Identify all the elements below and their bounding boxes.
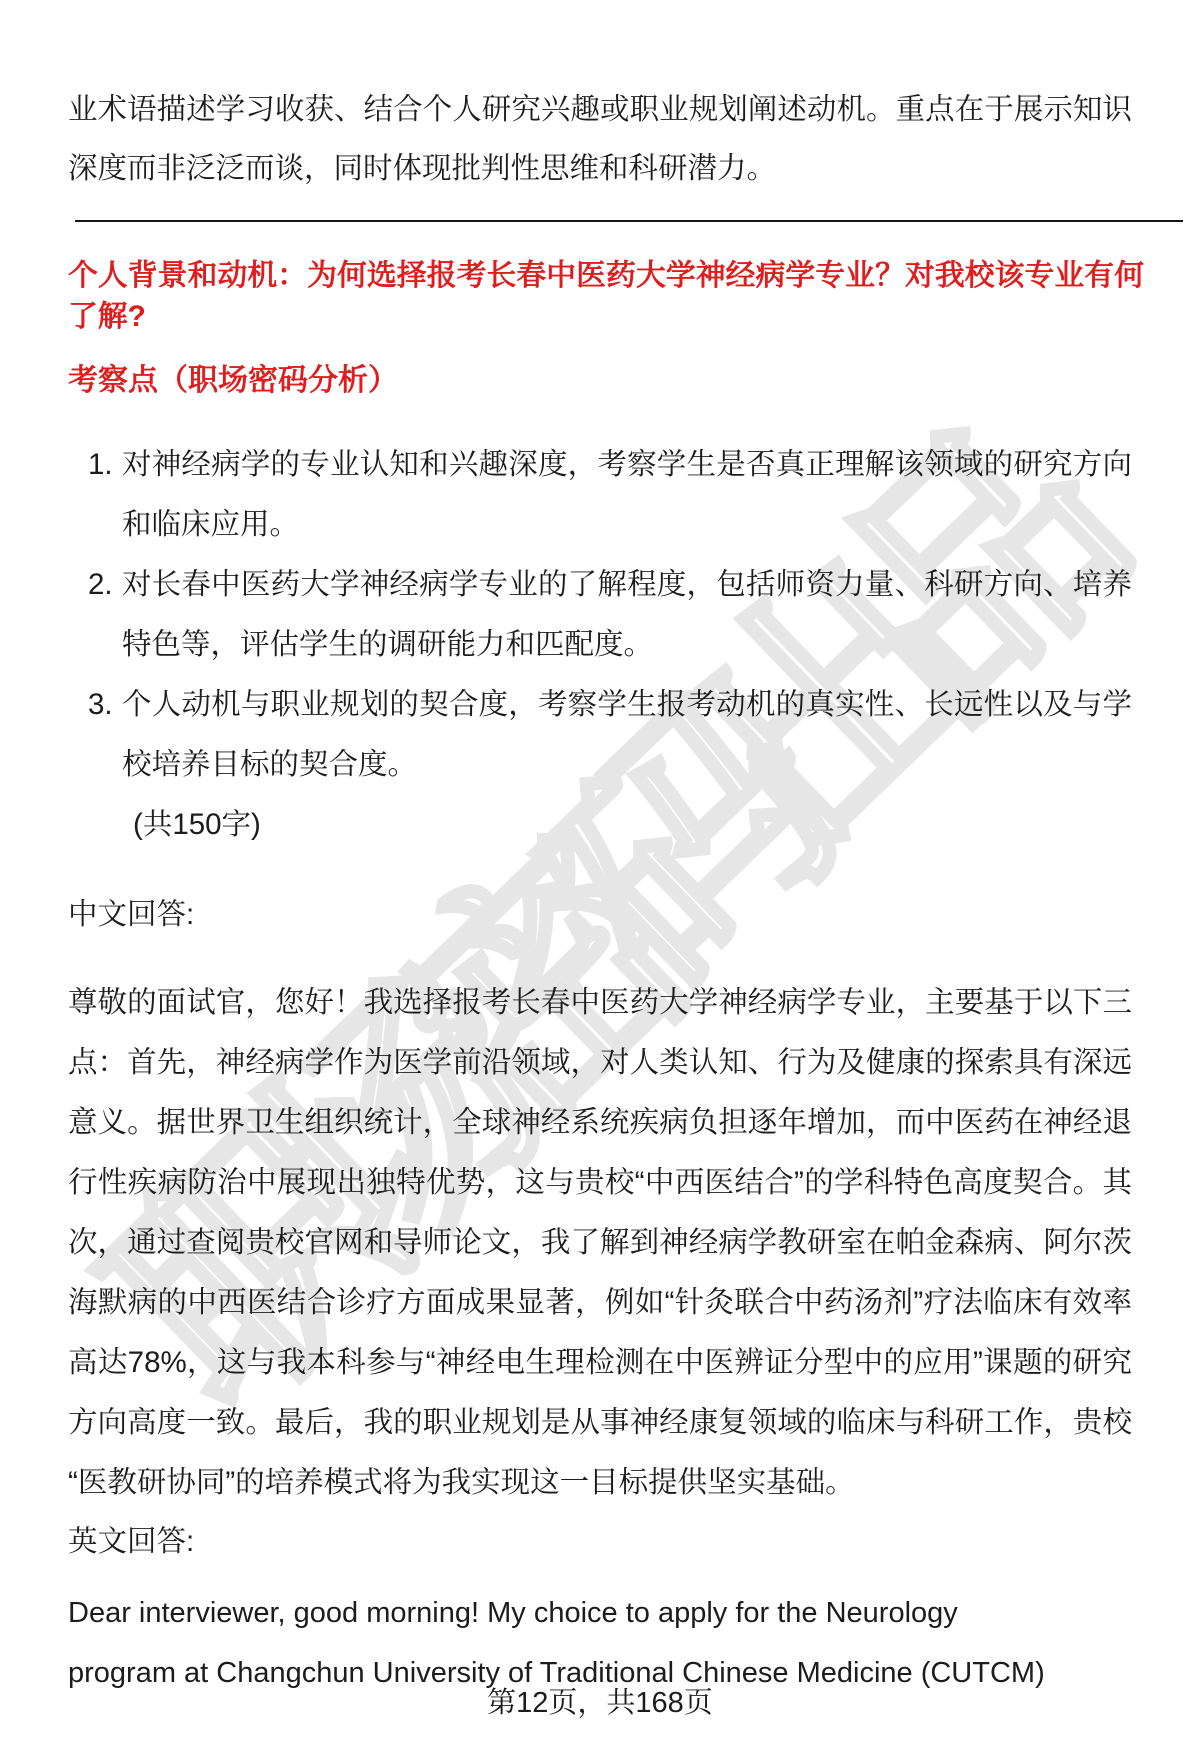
chinese-answer-label: 中文回答: (68, 885, 1132, 945)
analysis-point-item: 对神经病学的专业认知和兴趣深度，考察学生是否真正理解该领域的研究方向和临床应用。 (68, 435, 1132, 555)
analysis-point-item: 个人动机与职业规划的契合度，考察学生报考动机的真实性、长远性以及与学校培养目标的… (68, 675, 1132, 795)
english-answer-line: Dear interviewer, good morning! My choic… (68, 1583, 1158, 1643)
question-heading: 个人背景和动机：为何选择报考长春中医药大学神经病学专业？对我校该专业有何了解? (68, 255, 1144, 337)
word-count-note: (共150字) (68, 795, 1132, 855)
section-divider (75, 220, 1183, 222)
analysis-point-item: 对长春中医药大学神经病学专业的了解程度，包括师资力量、科研方向、培养特色等，评估… (68, 555, 1132, 675)
chinese-answer-paragraph: 尊敬的面试官，您好！我选择报考长春中医药大学神经病学专业，主要基于以下三点：首先… (68, 973, 1132, 1513)
analysis-points-heading: 考察点（职场密码分析） (68, 360, 1144, 401)
document-page: { "page": { "intro_paragraph": "业术语描述学习收… (0, 0, 1200, 1755)
analysis-points-list: 对神经病学的专业认知和兴趣深度，考察学生是否真正理解该领域的研究方向和临床应用。… (68, 435, 1132, 795)
intro-paragraph: 业术语描述学习收获、结合个人研究兴趣或职业规划阐述动机。重点在于展示知识深度而非… (68, 80, 1132, 198)
page-content: 业术语描述学习收获、结合个人研究兴趣或职业规划阐述动机。重点在于展示知识深度而非… (0, 0, 1200, 1755)
page-number-footer: 第12页，共168页 (0, 1684, 1200, 1722)
english-answer-label: 英文回答: (68, 1512, 1132, 1572)
